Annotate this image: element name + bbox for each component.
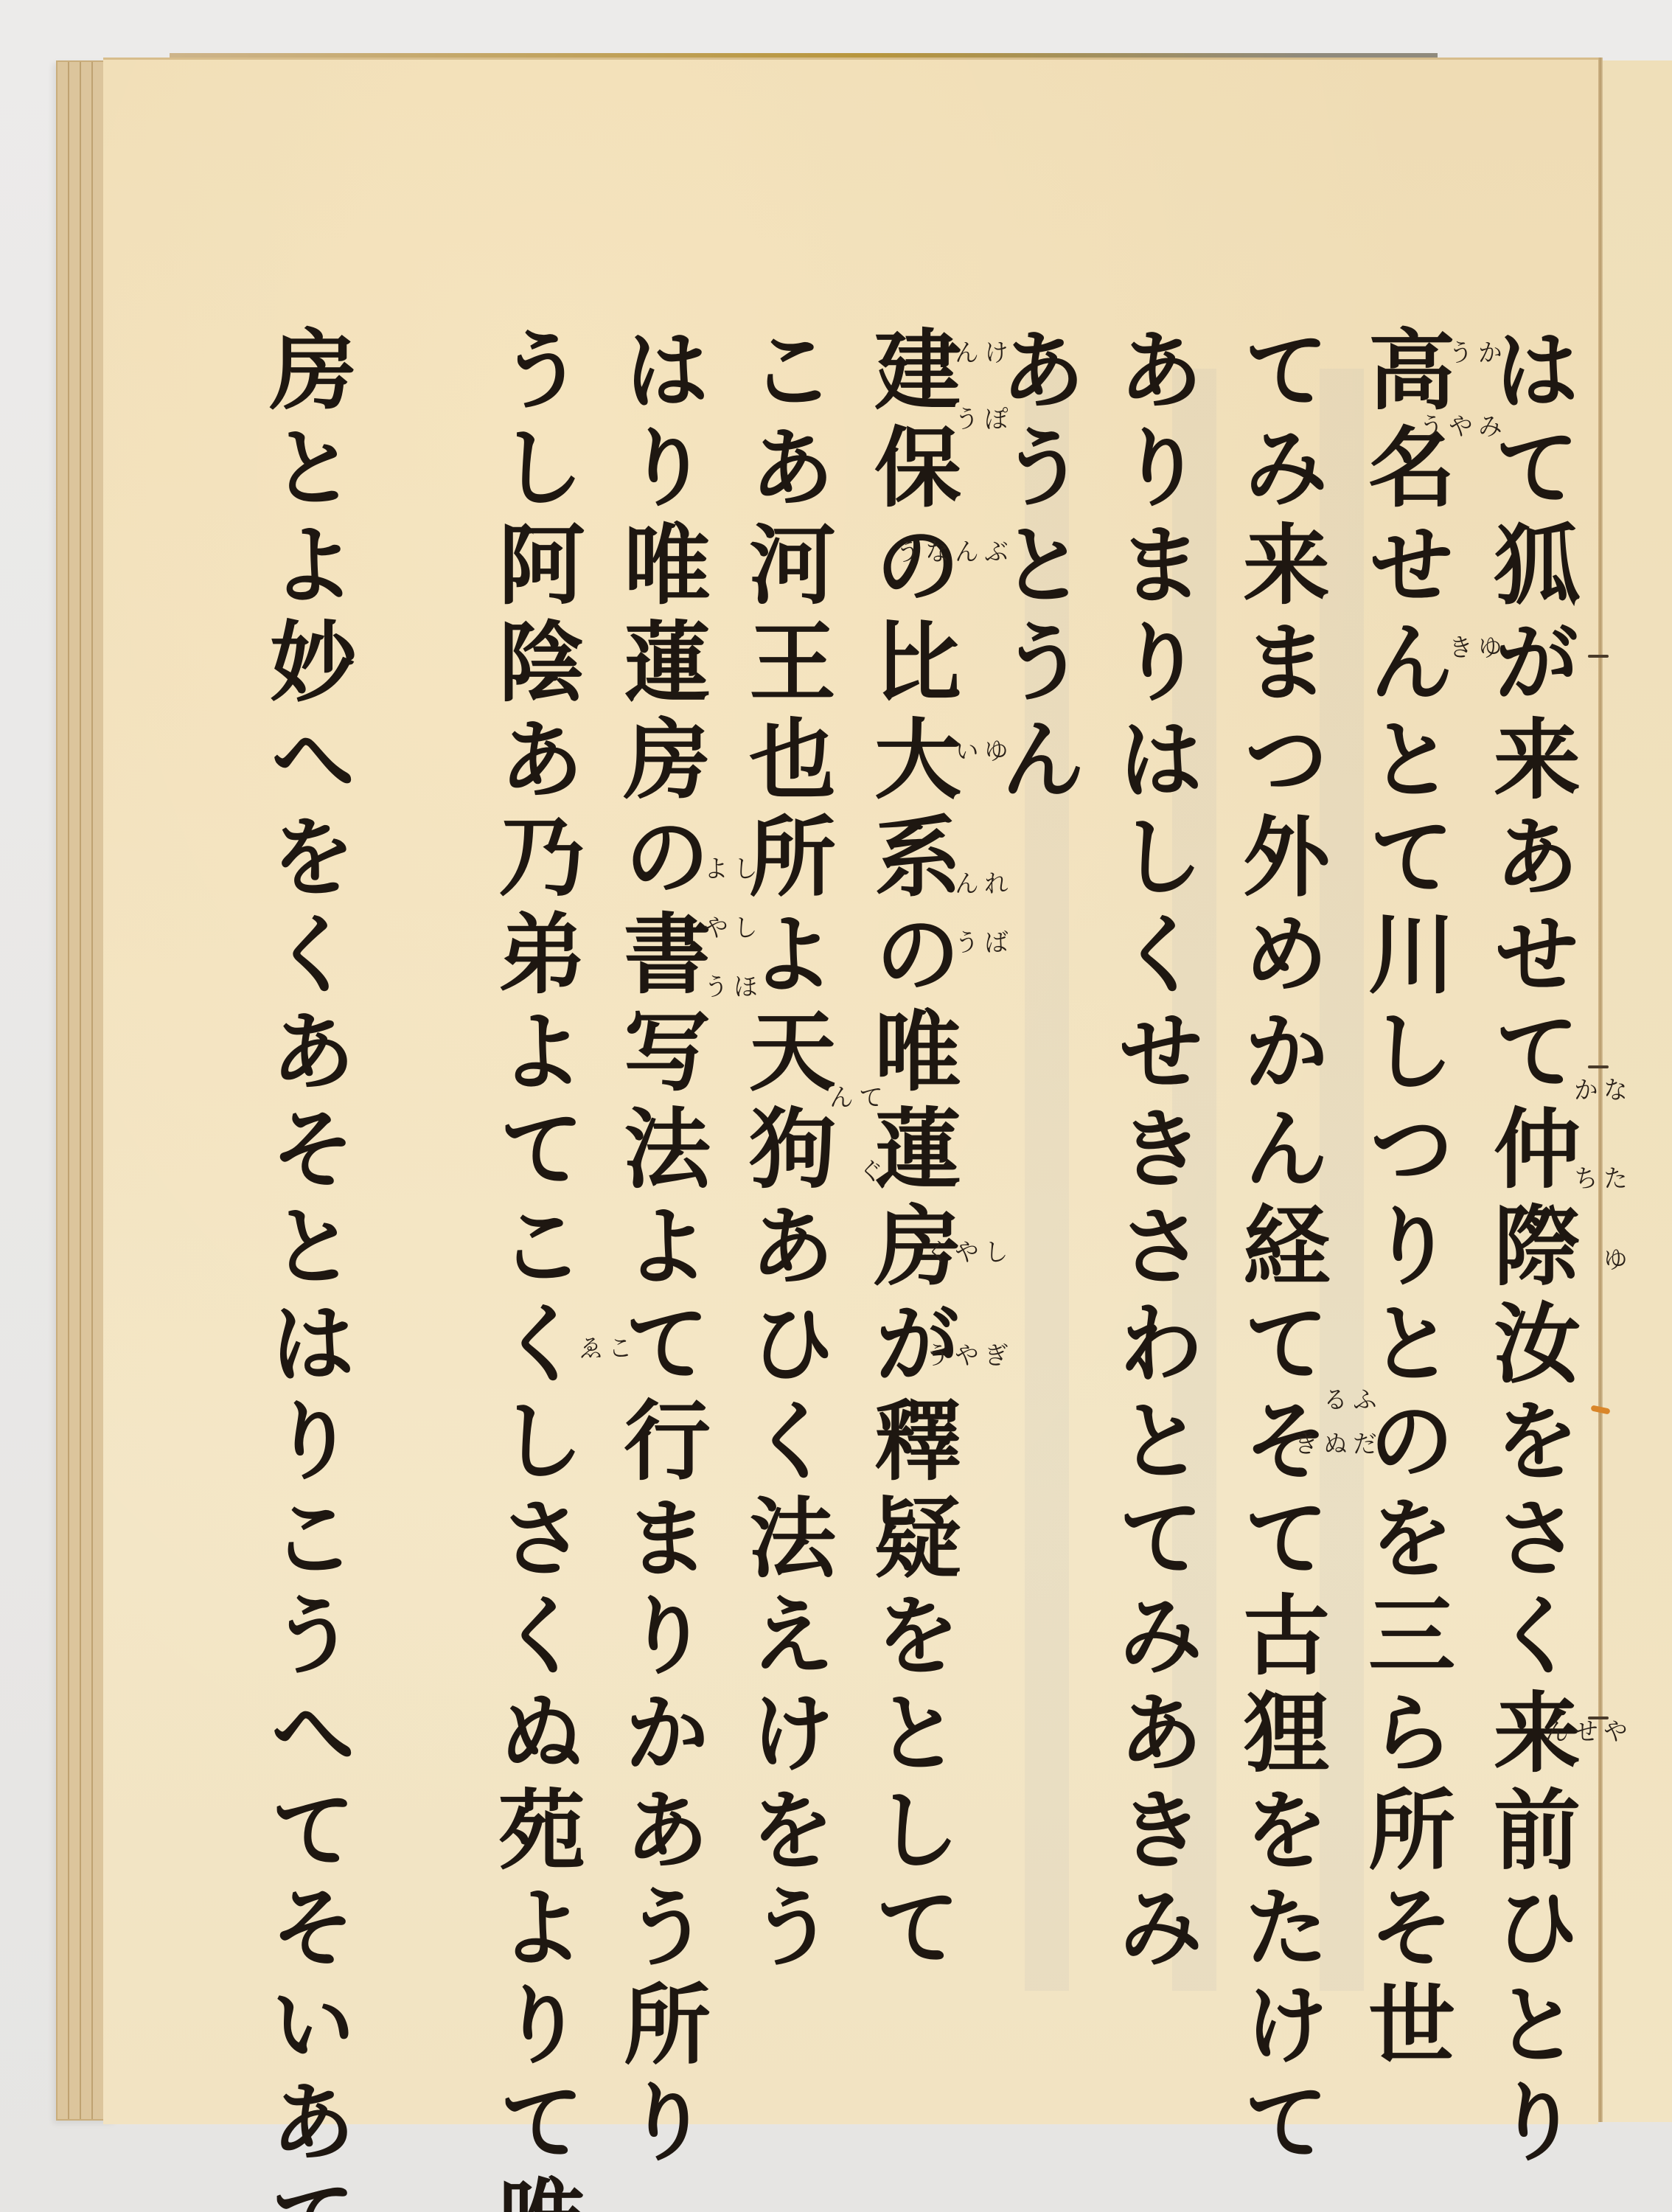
furigana-reading: てん bbox=[824, 1084, 883, 1109]
furigana-reading: みやう bbox=[1414, 413, 1502, 438]
text-column-2: 高名せんとて川しつりとのを三ら所そ世 かうみやうゆき bbox=[1349, 324, 1460, 2035]
furigana-reading: ゆ bbox=[1598, 1246, 1628, 1271]
furigana-reading: やせん bbox=[1539, 1718, 1628, 1743]
text-column-9: うし阿陰あ乃弟よてこくしさくぬ苑よりて唯蓮 こゑ bbox=[479, 324, 590, 2035]
furigana-reading: しや bbox=[699, 914, 758, 939]
furigana-reading: ぽう bbox=[950, 406, 1009, 431]
furigana-reading: たち bbox=[1569, 1165, 1628, 1190]
furigana-reading: ゆい bbox=[950, 737, 1009, 762]
furigana-reading: けん bbox=[950, 339, 1009, 364]
furigana-reading: ほう bbox=[699, 973, 758, 998]
text-column-4: ありまりはしくせきさわとてみあきみ bbox=[1098, 324, 1209, 2035]
furigana-reading: こゑ bbox=[574, 1335, 633, 1360]
furigana-reading: ぎやう bbox=[920, 1342, 1009, 1367]
furigana-reading: ふる bbox=[1318, 1386, 1377, 1411]
furigana-reading: しよ bbox=[699, 855, 758, 880]
text-column-8: はり唯蓮房の書写法よて行まりかあう所り しよしやほう bbox=[605, 324, 715, 2035]
text-column-10: 房とよ妙へをくあそとはりこうへてそいあて bbox=[251, 324, 361, 2035]
text-column-5: あうとうん bbox=[980, 324, 1091, 2035]
furigana-reading: ゆき bbox=[1443, 634, 1502, 659]
furigana-reading: ばう bbox=[950, 929, 1009, 954]
furigana-reading: なか bbox=[1569, 1077, 1628, 1102]
furigana-reading: ぶんなう bbox=[891, 538, 1009, 563]
furigana-reading: かう bbox=[1443, 339, 1502, 364]
furigana-reading: だぬき bbox=[1289, 1430, 1377, 1455]
text-column-3: てみ来まつ外めかん経てそて古狸をたけて ふるだぬき bbox=[1224, 324, 1334, 2035]
furigana-reading: しやく bbox=[920, 1239, 1009, 1264]
text-column-7: こあ河王也所よ天狗あひく法えけをう てんぐ bbox=[730, 324, 840, 2035]
furigana-reading: ぐ bbox=[854, 1158, 883, 1183]
furigana-reading: れん bbox=[950, 870, 1009, 895]
text-column-1: はて狐が来あせて仲際汝をさく来前ひとり なかたちゆやせん bbox=[1474, 324, 1585, 2035]
text-columns: はて狐が来あせて仲際汝をさく来前ひとり なかたちゆやせん 高名せんとて川しつりと… bbox=[221, 324, 1592, 2035]
